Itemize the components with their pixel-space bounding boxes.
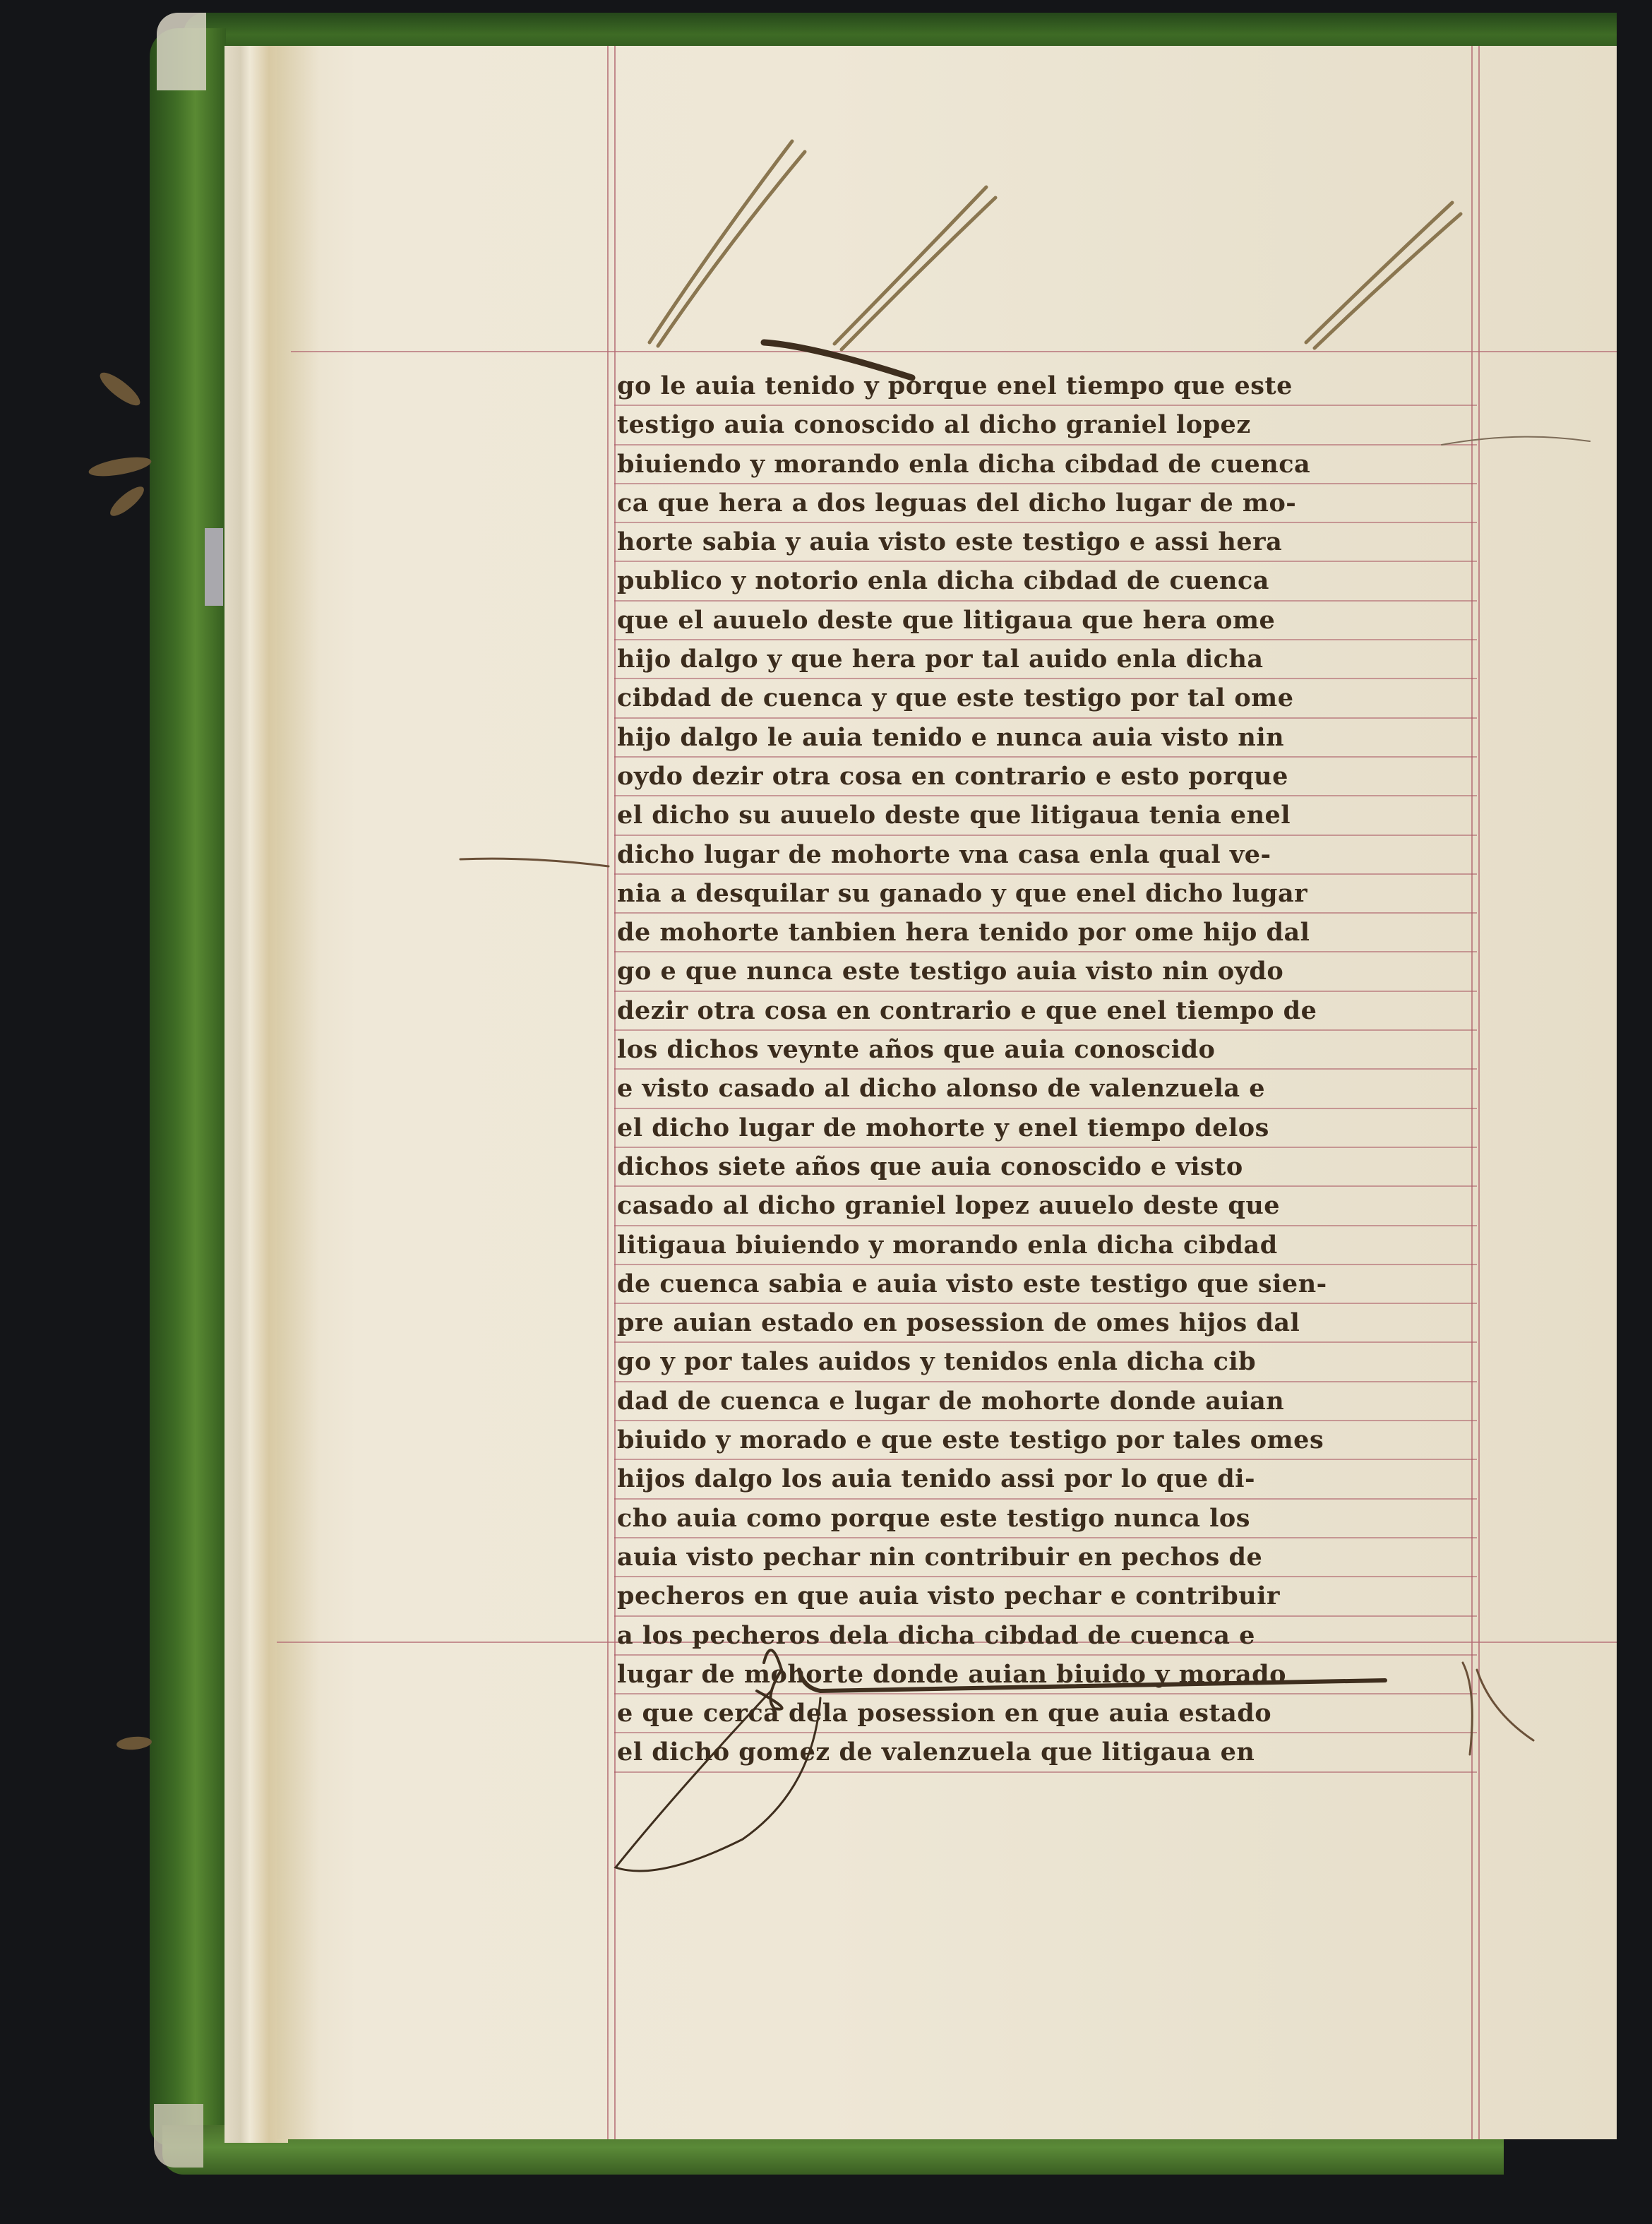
- paraph-loop: [757, 1650, 782, 1709]
- first-line-flourish: [764, 342, 912, 378]
- right-margin-mark: [1463, 1663, 1533, 1754]
- double-slash-left: [650, 141, 792, 342]
- ribbon-tie: [96, 368, 145, 410]
- spine-label: [205, 528, 223, 606]
- book-cover-spine: [150, 28, 226, 2146]
- margin-line: [460, 859, 609, 866]
- paraph-tail: [616, 1691, 820, 1871]
- ink-decorations: [277, 46, 1617, 2139]
- paraph-baseline: [799, 1670, 1385, 1691]
- worn-cover-corner: [157, 13, 206, 90]
- double-slash-right: [1306, 203, 1452, 342]
- margin-hook: [1442, 437, 1590, 445]
- ribbon-tie: [107, 482, 148, 520]
- manuscript-page: go le auia tenido y porque enel tiempo q…: [277, 46, 1617, 2139]
- worn-cover-corner-bottom: [154, 2104, 203, 2168]
- double-slash-center: [834, 187, 986, 344]
- ribbon-tie: [88, 453, 152, 479]
- ribbon-tie: [116, 1735, 152, 1751]
